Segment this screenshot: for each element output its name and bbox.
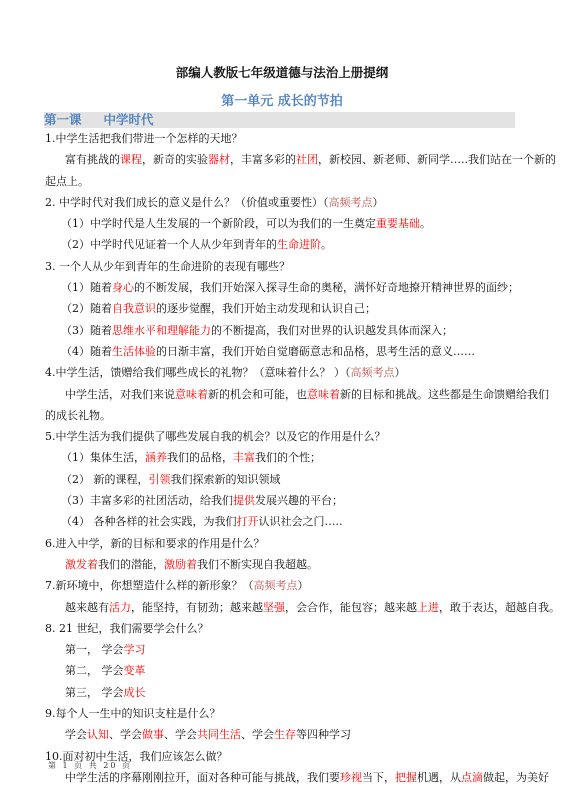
text-segment: 中学生活的序幕刚刚拉开，面对各种可能与挑战，我们要 — [65, 771, 340, 784]
keyword-highlight: 把握 — [395, 771, 417, 784]
text-segment: 我们的个性； — [255, 451, 321, 464]
text-segment: 2. 中学时代对我们成长的意义是什么？（价值或重要性）（ — [45, 196, 329, 209]
text-segment: ） — [395, 366, 406, 379]
text-segment: 中学生活，对我们来说 — [65, 388, 175, 401]
answer-line: 第二， 学会变革 — [45, 660, 520, 681]
keyword-highlight: 课程 — [120, 153, 142, 166]
keyword-highlight: 激发着 — [65, 558, 98, 571]
keyword-highlight: 身心 — [112, 281, 134, 294]
text-segment: 5.中学生活为我们提供了哪些发展自我的机会？以及它的作用是什么？ — [45, 430, 386, 443]
text-segment: 我们的品格， — [167, 451, 233, 464]
keyword-highlight: 涵养 — [145, 451, 167, 464]
answer-line: 越来越有活力，能坚持，有韧劲；越来越坚强，会合作，能包容；越来越上进，敢于表达，… — [45, 597, 520, 618]
keyword-highlight: 提供 — [233, 494, 255, 507]
text-segment: （2） 新的课程， — [61, 473, 149, 486]
keyword-highlight: 点滴 — [461, 771, 483, 784]
keyword-highlight: 思维水平和理解能力 — [112, 324, 211, 337]
outline-content: 1.中学生活把我们带进一个怎样的天地？富有挑战的课程，新奇的实验器材，丰富多彩的… — [45, 128, 520, 788]
lesson-name: 中学时代 — [104, 112, 154, 127]
answer-line: 第三， 学会成长 — [45, 682, 520, 703]
text-segment: 做起，为美好 — [483, 771, 549, 784]
text-segment: 9.每个人一生中的知识支柱是什么？ — [45, 707, 221, 720]
keyword-highlight: 器材 — [208, 153, 230, 166]
answer-line: （1）随着身心的不断发展，我们开始深入探寻生命的奥秘，满怀好奇地撩开精神世界的面… — [45, 277, 520, 298]
question-line: 9.每个人一生中的知识支柱是什么？ — [45, 703, 520, 724]
page-title: 部编人教版七年级道德与法治上册提纲 — [0, 63, 564, 81]
text-segment: 我们的潜能， — [98, 558, 164, 571]
text-segment: ，会合作，能包容；越来越 — [285, 601, 417, 614]
text-segment: （1）随着 — [61, 281, 112, 294]
question-line: 2. 中学时代对我们成长的意义是什么？（价值或重要性）（高频考点） — [45, 192, 520, 213]
question-line: 4.中学生活，馈赠给我们哪些成长的礼物？（意味着什么？ ）（高频考点） — [45, 362, 520, 383]
text-segment: ） — [298, 579, 309, 592]
text-segment: 的逐步觉醒，我们开始主动发现和认识自己； — [156, 302, 376, 315]
text-segment: 第三， 学会 — [65, 686, 124, 699]
text-segment: 第一， 学会 — [65, 643, 124, 656]
answer-line: （1）中学时代是人生发展的一个新阶段，可以为我们的一生奠定重要基础。 — [45, 213, 520, 234]
question-line: 1.中学生活把我们带进一个怎样的天地？ — [45, 128, 520, 149]
unit-title: 第一单元 成长的节拍 — [0, 90, 564, 109]
text-segment: （2）随着 — [61, 302, 112, 315]
text-segment: 、学会 — [109, 728, 142, 741]
text-segment: 当下， — [362, 771, 395, 784]
text-segment: （3）随着 — [61, 324, 112, 337]
keyword-highlight: 引领 — [149, 473, 171, 486]
text-segment: ） — [373, 196, 384, 209]
answer-line: 的成长礼物。 — [45, 405, 520, 426]
keyword-highlight: 生活体验 — [112, 345, 156, 358]
keyword-highlight: 社团 — [296, 153, 318, 166]
high-frequency-tag: 高频考点 — [254, 579, 298, 592]
question-line: 3. 一个人从少年到青年的生命进阶的表现有哪些？ — [45, 256, 520, 277]
answer-line: 起点上。 — [45, 171, 520, 192]
text-segment: ，丰富多彩的 — [230, 153, 296, 166]
text-segment: 7.新环境中，你想塑造什么样的新形象？（ — [45, 579, 254, 592]
text-segment: 3. 一个人从少年到青年的生命进阶的表现有哪些？ — [45, 260, 290, 273]
text-segment: ，敢于表达，超越自我。 — [439, 601, 560, 614]
keyword-highlight: 自我意识 — [112, 302, 156, 315]
text-segment: 学会 — [65, 728, 87, 741]
answer-line: （4）随着生活体验的日渐丰富，我们开始自觉磨砺意志和品格，思考生活的意义…… — [45, 341, 520, 362]
keyword-highlight: 共同生活 — [197, 728, 241, 741]
answer-line: 富有挑战的课程，新奇的实验器材，丰富多彩的社团，新校园、新老师、新同学…..我们… — [45, 149, 520, 170]
keyword-highlight: 成长 — [124, 686, 146, 699]
text-segment: 6.进入中学，新的目标和要求的作用是什么？ — [45, 537, 265, 550]
text-segment: 第二， 学会 — [65, 664, 124, 677]
answer-line: 第一， 学会学习 — [45, 639, 520, 660]
answer-line: （2） 新的课程，引领我们探索新的知识领域 — [45, 469, 520, 490]
keyword-highlight: 坚强 — [263, 601, 285, 614]
text-segment: （4） 各种各样的社会实践，为我们 — [61, 515, 237, 528]
text-segment: 。 — [420, 217, 431, 230]
keyword-highlight: 丰富 — [233, 451, 255, 464]
text-segment: 起点上。 — [45, 175, 89, 188]
question-line: 7.新环境中，你想塑造什么样的新形象？（高频考点） — [45, 575, 520, 596]
keyword-highlight: 打开 — [237, 515, 259, 528]
text-segment: 越来越有 — [65, 601, 109, 614]
keyword-highlight: 意味着 — [307, 388, 340, 401]
keyword-highlight: 认知 — [87, 728, 109, 741]
keyword-highlight: 生命进阶 — [277, 238, 321, 251]
answer-line: （4） 各种各样的社会实践，为我们打开认识社会之门….. — [45, 511, 520, 532]
answer-line: （2）中学时代见证着一个人从少年到青年的生命进阶。 — [45, 234, 520, 255]
lesson-number: 第一课 — [44, 112, 82, 127]
text-segment: 的成长礼物。 — [45, 409, 111, 422]
text-segment: （1）中学时代是人生发展的一个新阶段，可以为我们的一生奠定 — [61, 217, 376, 230]
text-segment: 的不断发展，我们开始深入探寻生命的奥秘，满怀好奇地撩开精神世界的面纱； — [134, 281, 519, 294]
answer-line: （1）集体生活，涵养我们的品格，丰富我们的个性； — [45, 447, 520, 468]
text-segment: 8. 21 世纪，我们需要学会什么？ — [45, 622, 209, 635]
text-segment: 发展兴趣的平台； — [255, 494, 343, 507]
question-line: 8. 21 世纪，我们需要学会什么？ — [45, 618, 520, 639]
text-segment: 机遇，从 — [417, 771, 461, 784]
text-segment: 我们不断实现自我超越。 — [197, 558, 318, 571]
question-line: 5.中学生活为我们提供了哪些发展自我的机会？以及它的作用是什么？ — [45, 426, 520, 447]
text-segment: （3）丰富多彩的社团活动，给我们 — [61, 494, 233, 507]
text-segment: ，能坚持，有韧劲；越来越 — [131, 601, 263, 614]
keyword-highlight: 激励着 — [164, 558, 197, 571]
answer-line: 中学生活，对我们来说意味着新的机会和可能，也意味着新的目标和挑战。这些都是生命馈… — [45, 384, 520, 405]
keyword-highlight: 变革 — [124, 664, 146, 677]
keyword-highlight: 学习 — [124, 643, 146, 656]
keyword-highlight: 上进 — [417, 601, 439, 614]
high-frequency-tag: 高频考点 — [329, 196, 373, 209]
text-segment: （1）集体生活， — [61, 451, 145, 464]
text-segment: ，新奇的实验 — [142, 153, 208, 166]
text-segment: 4.中学生活，馈赠给我们哪些成长的礼物？（意味着什么？ ）（ — [45, 366, 351, 379]
text-segment: 的日渐丰富，我们开始自觉磨砺意志和品格，思考生活的意义…… — [156, 345, 475, 358]
high-frequency-tag: 高频考点 — [351, 366, 395, 379]
answer-line: （2）随着自我意识的逐步觉醒，我们开始主动发现和认识自己； — [45, 298, 520, 319]
text-segment: 、学会 — [241, 728, 274, 741]
text-segment: 等四种学习 — [296, 728, 351, 741]
answer-line: （3）随着思维水平和理解能力的不断提高，我们对世界的认识越发具体而深入； — [45, 320, 520, 341]
keyword-highlight: 生存 — [274, 728, 296, 741]
lesson-heading: 第一课中学时代 — [44, 112, 515, 128]
keyword-highlight: 珍视 — [340, 771, 362, 784]
answer-line: 激发着我们的潜能，激励着我们不断实现自我超越。 — [45, 554, 520, 575]
text-segment: 我们探索新的知识领域 — [171, 473, 281, 486]
keyword-highlight: 意味着 — [175, 388, 208, 401]
keyword-highlight: 重要基础 — [376, 217, 420, 230]
answer-line: （3）丰富多彩的社团活动，给我们提供发展兴趣的平台； — [45, 490, 520, 511]
text-segment: 富有挑战的 — [65, 153, 120, 166]
keyword-highlight: 活力 — [109, 601, 131, 614]
text-segment: 1.中学生活把我们带进一个怎样的天地？ — [45, 132, 243, 145]
text-segment: ，新校园、新老师、新同学…..我们站在一个新的 — [318, 153, 556, 166]
text-segment: （2）中学时代见证着一个人从少年到青年的 — [61, 238, 277, 251]
answer-line: 学会认知、学会做事、学会共同生活、学会生存等四种学习 — [45, 724, 520, 745]
text-segment: 。 — [321, 238, 332, 251]
keyword-highlight: 做事 — [142, 728, 164, 741]
text-segment: 新的机会和可能，也 — [208, 388, 307, 401]
text-segment: 认识社会之门….. — [259, 515, 343, 528]
text-segment: （4）随着 — [61, 345, 112, 358]
text-segment: 的不断提高，我们对世界的认识越发具体而深入； — [211, 324, 453, 337]
text-segment: 新的目标和挑战。这些都是生命馈赠给我们 — [340, 388, 549, 401]
page-footer: 第 1 页 共 20 页 — [48, 760, 132, 771]
text-segment: 、学会 — [164, 728, 197, 741]
question-line: 6.进入中学，新的目标和要求的作用是什么？ — [45, 533, 520, 554]
